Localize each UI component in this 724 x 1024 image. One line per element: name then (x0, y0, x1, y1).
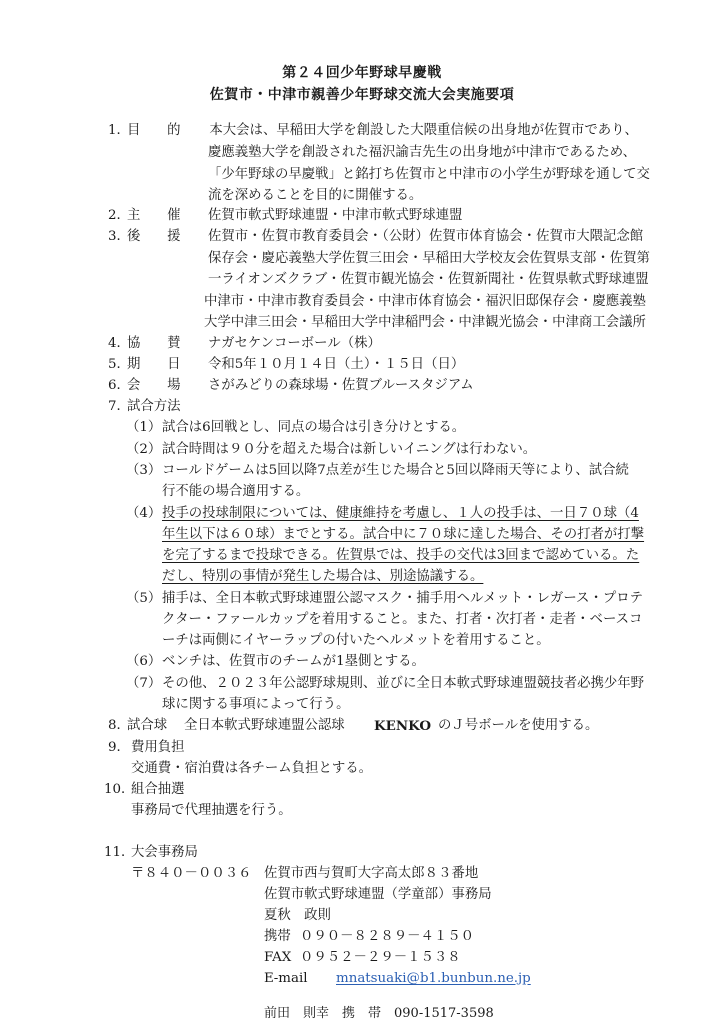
office-name: 佐賀市軟式野球連盟（学童部）事務局 (264, 885, 492, 905)
email-label: E‐mail (264, 969, 308, 989)
rule-number: （3） (126, 461, 161, 481)
rule-number: （2） (126, 440, 161, 460)
rule-number: （5） (126, 589, 161, 609)
rule-number: （4） (126, 504, 161, 524)
mobile-number: ０９０－８２８９－４１５０ (300, 927, 474, 947)
rule-line: 試合は6回戦とし、同点の場合は引き分けとする。 (162, 418, 465, 438)
section-label: 費用負担 (131, 738, 185, 758)
purpose-line: 本大会は、早稲田大学を創設した大隈重信候の出身地が佐賀市であり、 (196, 121, 638, 141)
address: 佐賀市西与賀町大字高太郎８３番地 (264, 864, 478, 884)
section-label: 試合球 (127, 716, 167, 736)
postal-code: 〒８４０－００３６ (131, 864, 252, 884)
ball-brand: KENKO (374, 716, 431, 736)
support-line: 保存会・慶応義塾大学佐賀三田会・早稲田大学校友会佐賀県支部・佐賀第 (208, 249, 650, 269)
rule-line-underlined: を完了するまで投球できる。佐賀県では、投手の交代は3回まで認めている。た (162, 546, 639, 566)
section-label: 会 場 (127, 376, 181, 396)
rule-line: ベンチは、佐賀市のチームが1塁側とする。 (162, 652, 425, 672)
support-line: 佐賀市・佐賀市教育委員会・（公財）佐賀市体育協会・佐賀市大隈記念館 (208, 227, 643, 247)
rule-line: クター・ファールカップを着用すること。また、打者・次打者・走者・ベースコ (162, 610, 642, 630)
date-text: 令和5年１０月１４日（土）・１５日（日） (208, 355, 464, 375)
rule-line: 捕手は、全日本軟式野球連盟公認マスク・捕手用ヘルメット・レガース・プロテ (162, 589, 643, 609)
draw-text: 事務局で代理抽選を行う。 (131, 801, 292, 821)
rule-number: （1） (126, 418, 161, 438)
section-label: 期 日 (127, 355, 181, 375)
purpose-line: 慶應義塾大学を創設された福沢諭吉先生の出身地が中津市であるため、 (208, 143, 636, 163)
support-line: 中津市・中津市教育委員会・中津市体育協会・福沢旧邸保存会・慶應義塾 (204, 292, 646, 312)
document-page: 第２４回少年野球早慶戦 佐賀市・中津市親善少年野球交流大会実施要項 1． 目 的… (0, 0, 724, 1024)
section-label: 協 賛 (127, 334, 181, 354)
support-line: 大学中津三田会・早稲田大学中津稲門会・中津観光協会・中津商工会議所 (204, 313, 646, 333)
secondary-contact: 前田 則幸 携 帯 090-1517-3598 (264, 1004, 494, 1024)
rule-line: ーチは両側にイヤーラップの付いたヘルメットを着用すること。 (162, 631, 550, 651)
section-number: 11． (104, 843, 134, 863)
document-title: 第２４回少年野球早慶戦 (0, 62, 724, 82)
rule-line: その他、２０２３年公認野球規則、並びに全日本軟式野球連盟競技者必携少年野 (162, 674, 644, 694)
purpose-line: 「少年野球の早慶戦」と銘打ち佐賀市と中津市の小学生が野球を通して交 (208, 165, 650, 185)
ball-text-before: 全日本軟式野球連盟公認球 (184, 716, 345, 736)
section-label: 後 援 (127, 227, 181, 247)
rule-number: （6） (126, 652, 161, 672)
fax-label: FAX (264, 948, 291, 968)
document-subtitle: 佐賀市・中津市親善少年野球交流大会実施要項 (0, 84, 724, 104)
mobile-label: 携帯 (264, 927, 291, 947)
section-label: 試合方法 (127, 397, 181, 417)
costs-text: 交通費・宿泊費は各チーム負担とする。 (131, 759, 372, 779)
section-label: 組合抽選 (131, 780, 185, 800)
venue-text: さがみどりの森球場・佐賀ブルースタジアム (208, 376, 474, 396)
section-label: 目 的 (127, 121, 181, 141)
fax-number: ０９５２－２９－１５３８ (300, 948, 461, 968)
section-number: 10． (104, 780, 134, 800)
rule-line: 試合時間は９０分を超えた場合は新しいイニングは行わない。 (162, 440, 536, 460)
email-link[interactable]: mnatsuaki@b1.bunbun.ne.jp (336, 969, 531, 989)
section-number: 9． (108, 738, 130, 758)
rule-line-underlined: 投手の投球制限については、健康維持を考慮し、１人の投手は、一日７０球（4 (162, 504, 639, 524)
ball-text-after: のＪ号ボールを使用する。 (438, 716, 598, 736)
contact-person: 夏秋 政則 (264, 906, 331, 926)
rule-number: （7） (126, 674, 161, 694)
purpose-line: 流を深めることを目的に開催する。 (208, 186, 422, 206)
support-line: 一ライオンズクラブ・佐賀市観光協会・佐賀新聞社・佐賀県軟式野球連盟 (208, 270, 649, 290)
rule-line-underlined: だし、特別の事情が発生した場合は、別途協議する。 (162, 567, 483, 587)
rule-line: 行不能の場合適用する。 (162, 482, 309, 502)
rule-line: 球に関する事項によって行う。 (162, 695, 349, 715)
organizer-text: 佐賀市軟式野球連盟・中津市軟式野球連盟 (208, 206, 462, 226)
rule-line: コールドゲームは5回以降7点差が生じた場合と5回以降雨天等により、試合続 (162, 461, 629, 481)
rule-line-underlined: 年生以下は６０球）までとする。試合中に７０球に達した場合、その打者が打撃 (162, 525, 644, 545)
section-label: 主 催 (127, 206, 181, 226)
sponsor-text: ナガセケンコーボール（株） (208, 334, 381, 354)
section-label: 大会事務局 (131, 843, 198, 863)
